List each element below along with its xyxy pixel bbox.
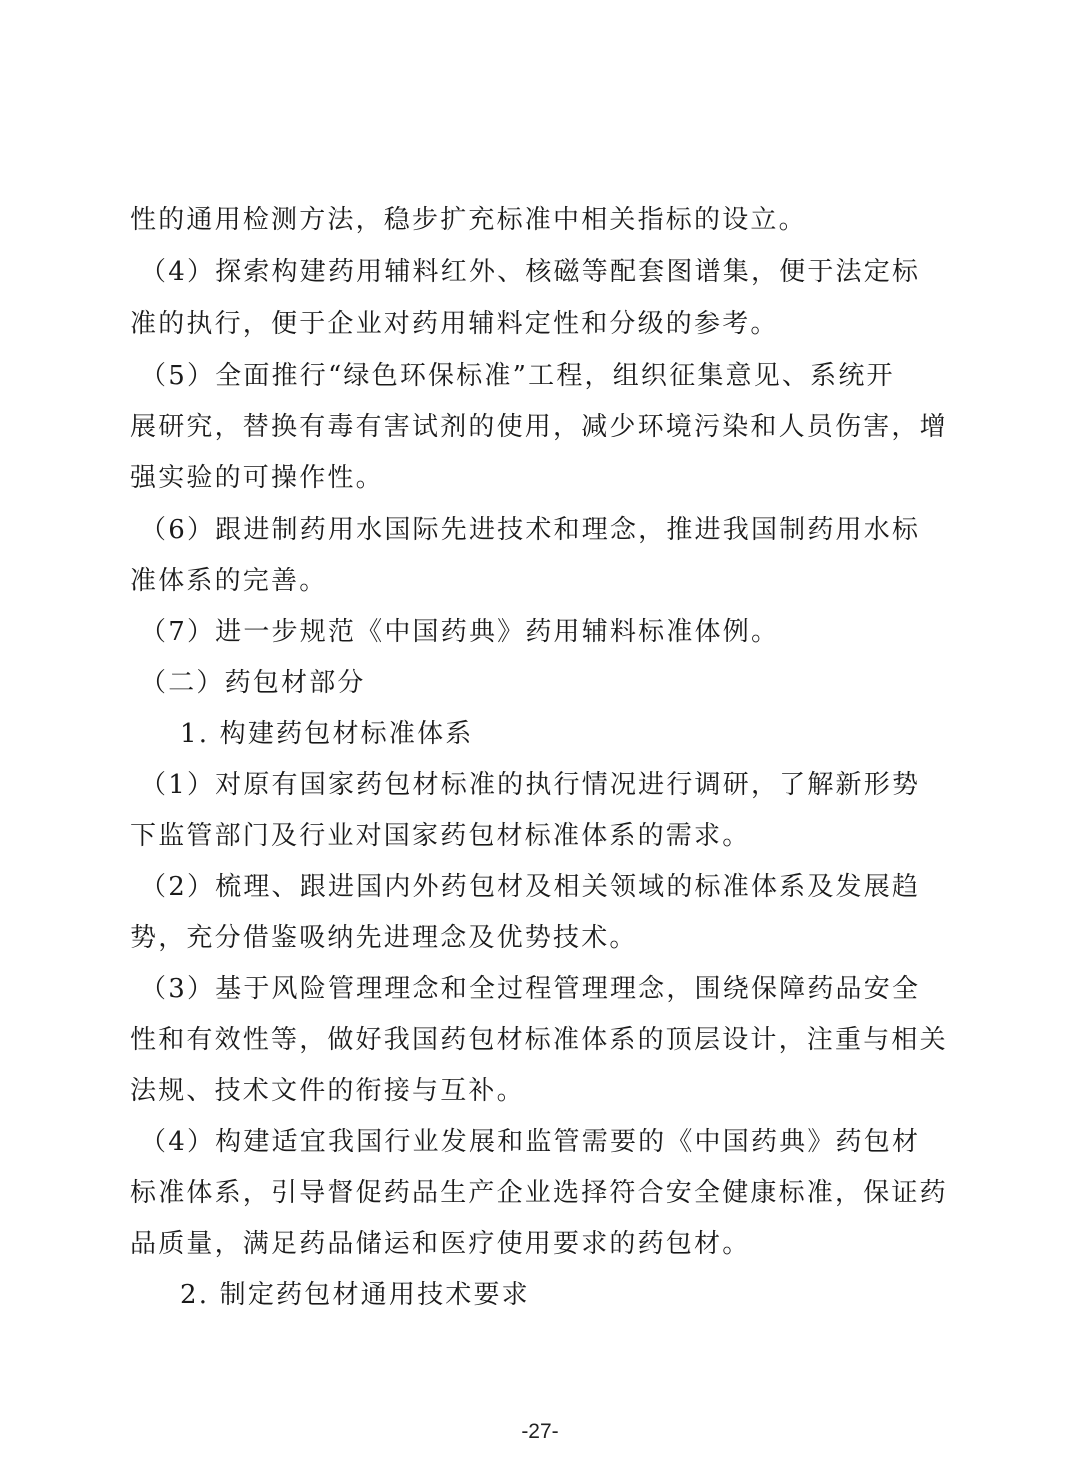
text-line: 法规、技术文件的衔接与互补。 xyxy=(130,1075,960,1107)
text-line: 势，充分借鉴吸纳先进理念及优势技术。 xyxy=(130,922,960,954)
subsection-heading: 1. 构建药包材标准体系 xyxy=(180,718,1010,750)
text-line: （2）梳理、跟进国内外药包材及相关领域的标准体系及发展趋 xyxy=(140,871,970,903)
text-line: 准的执行，便于企业对药用辅料定性和分级的参考。 xyxy=(130,308,960,340)
text-line: （3）基于风险管理理念和全过程管理理念，围绕保障药品安全 xyxy=(140,973,970,1005)
text-line: （7）进一步规范《中国药典》药用辅料标准体例。 xyxy=(140,616,970,648)
text-line: （4）探索构建药用辅料红外、核磁等配套图谱集，便于法定标 xyxy=(140,256,970,288)
text-line: （5）全面推行“绿色环保标准”工程，组织征集意见、系统开 xyxy=(140,360,970,392)
text-line: 品质量，满足药品储运和医疗使用要求的药包材。 xyxy=(130,1228,960,1260)
text-line: （1）对原有国家药包材标准的执行情况进行调研，了解新形势 xyxy=(140,769,970,801)
text-line: 性的通用检测方法，稳步扩充标准中相关指标的设立。 xyxy=(130,204,960,236)
text-line: （4）构建适宜我国行业发展和监管需要的《中国药典》药包材 xyxy=(140,1126,970,1158)
text-line: （6）跟进制药用水国际先进技术和理念，推进我国制药用水标 xyxy=(140,514,970,546)
text-line: 准体系的完善。 xyxy=(130,565,960,597)
text-line: 标准体系，引导督促药品生产企业选择符合安全健康标准，保证药 xyxy=(130,1177,960,1209)
section-heading: （二）药包材部分 xyxy=(140,667,970,699)
text-line: 展研究，替换有毒有害试剂的使用，减少环境污染和人员伤害，增 xyxy=(130,411,960,443)
text-line: 下监管部门及行业对国家药包材标准体系的需求。 xyxy=(130,820,960,852)
document-page: 性的通用检测方法，稳步扩充标准中相关指标的设立。 （4）探索构建药用辅料红外、核… xyxy=(0,0,1080,1466)
subsection-heading: 2. 制定药包材通用技术要求 xyxy=(180,1279,1010,1311)
text-line: 性和有效性等，做好我国药包材标准体系的顶层设计，注重与相关 xyxy=(130,1024,960,1056)
page-number: -27- xyxy=(0,1420,1080,1444)
text-line: 强实验的可操作性。 xyxy=(130,462,960,494)
